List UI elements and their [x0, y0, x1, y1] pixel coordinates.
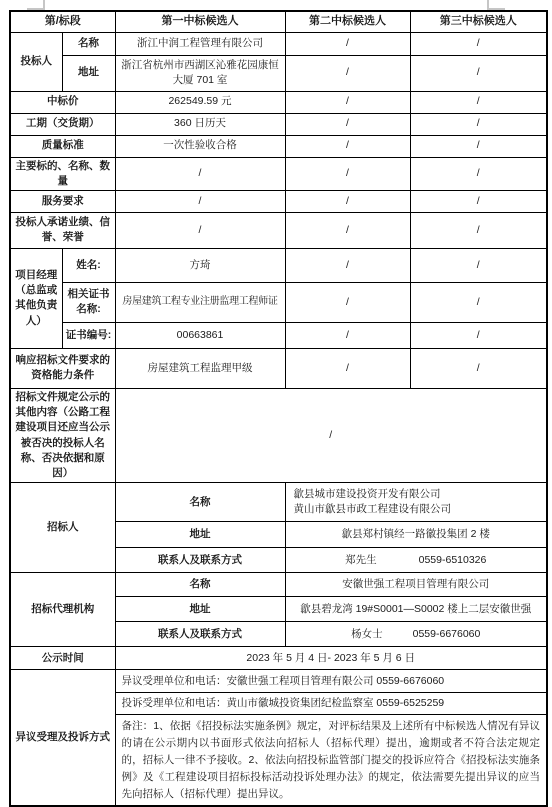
price-second-slash: /: [285, 91, 410, 113]
qualification-value: 房屋建筑工程监理甲级: [115, 348, 285, 388]
agency-contact-label: 联系人及联系方式: [115, 622, 285, 647]
other-content-value: /: [115, 388, 547, 482]
manager-group-label: 项目经理（总监或其他负责人）: [10, 248, 62, 348]
tenderee-contact-label: 联系人及联系方式: [115, 548, 285, 573]
price-third-slash: /: [410, 91, 547, 113]
header-second-candidate-label: 第二中标候选人: [309, 15, 386, 27]
duration-label: 工期（交货期）: [10, 113, 115, 135]
service-third-slash: /: [410, 190, 547, 212]
tenderee-address-label: 地址: [115, 522, 285, 548]
manager-cert-label: 相关证书名称:: [62, 282, 115, 322]
tenderee-group-label: 招标人: [10, 483, 115, 573]
manager-name-second-slash: /: [285, 248, 410, 282]
bidder-name-label: 名称: [62, 32, 115, 55]
duration-second-slash: /: [285, 113, 410, 135]
manager-cert-third-slash: /: [410, 282, 547, 322]
bidder-name-value: 浙江中润工程管理有限公司: [115, 32, 285, 55]
tenderee-contact-value: 郑先生0559-6510326: [285, 548, 547, 573]
manager-cert-second-slash: /: [285, 282, 410, 322]
manager-cert-no-third-slash: /: [410, 322, 547, 348]
bidder-address-label: 地址: [62, 55, 115, 91]
manager-cert-no-value: 00663861: [115, 322, 285, 348]
agency-contact-phone: 0559-6676060: [413, 627, 481, 642]
qualification-second-slash: /: [285, 348, 410, 388]
bidder-group-label: 投标人: [10, 32, 62, 91]
quality-third-slash: /: [410, 135, 547, 157]
tenderee-name-line2: 黄山市歙县市政工程建设有限公司: [294, 502, 544, 517]
promise-third-slash: /: [410, 212, 547, 248]
tenderee-name-label: 名称: [115, 483, 285, 522]
agency-name-value: 安徽世强工程项目管理有限公司: [285, 573, 547, 597]
agency-address-label: 地址: [115, 597, 285, 622]
tenderee-name-value: 歙县城市建设投资开发有限公司 黄山市歙县市政工程建设有限公司: [285, 483, 547, 522]
agency-contact-name: 杨女士: [351, 628, 383, 640]
tenderee-contact-phone: 0559-6510326: [419, 553, 487, 568]
page-corner-mark-left: [27, 0, 45, 10]
tenderee-address-value: 歙县郑村镇经一路徽投集团 2 楼: [285, 522, 547, 548]
header-first-candidate-label: 第一中标候选人: [162, 15, 239, 27]
objection-note-text: 备注：1、依据《招投标法实施条例》规定，对评标结果及上述所有中标候选人情况有异议…: [115, 715, 547, 807]
objection-group-label: 异议受理及投诉方式: [10, 670, 115, 807]
agency-name-label: 名称: [115, 573, 285, 597]
agency-contact-value: 杨女士0559-6676060: [285, 622, 547, 647]
subject-third-slash: /: [410, 157, 547, 190]
service-label: 服务要求: [10, 190, 115, 212]
objection-unit-line: 异议受理单位和电话：安徽世强工程项目管理有限公司 0559-6676060: [115, 670, 547, 693]
tenderee-contact-name: 郑先生: [345, 554, 377, 566]
bid-candidates-announcement-table: 第/标段 第一中标候选人 第二中标候选人 第三中标候选人 投标人 名称 浙江中润…: [9, 10, 548, 807]
subject-second-slash: /: [285, 157, 410, 190]
manager-cert-no-second-slash: /: [285, 322, 410, 348]
tenderee-name-line1: 歙县城市建设投资开发有限公司: [294, 487, 544, 502]
qualification-third-slash: /: [410, 348, 547, 388]
manager-name-third-slash: /: [410, 248, 547, 282]
bidder-name-third-slash: /: [410, 32, 547, 55]
qualification-label: 响应招标文件要求的资格能力条件: [10, 348, 115, 388]
quality-value: 一次性验收合格: [115, 135, 285, 157]
page-corner-mark-right: [487, 0, 505, 10]
bidder-address-third-slash: /: [410, 55, 547, 91]
subject-label: 主要标的、名称、数量: [10, 157, 115, 190]
price-value: 262549.59 元: [115, 91, 285, 113]
header-section-cell: 第/标段: [10, 11, 115, 32]
agency-group-label: 招标代理机构: [10, 573, 115, 647]
publicity-time-label: 公示时间: [10, 647, 115, 670]
publicity-time-value: 2023 年 5 月 4 日- 2023 年 5 月 6 日: [115, 647, 547, 670]
promise-first-slash: /: [115, 212, 285, 248]
bidder-address-second-slash: /: [285, 55, 410, 91]
manager-name-value: 方琦: [115, 248, 285, 282]
manager-name-label: 姓名:: [62, 248, 115, 282]
header-second-candidate-cell: 第二中标候选人: [285, 11, 410, 32]
agency-address-value: 歙县碧龙湾 19#S0001—S0002 楼上二层安徽世强: [285, 597, 547, 622]
header-first-candidate-cell: 第一中标候选人: [115, 11, 285, 32]
header-third-candidate-cell: 第三中标候选人: [410, 11, 547, 32]
service-first-slash: /: [115, 190, 285, 212]
service-second-slash: /: [285, 190, 410, 212]
promise-second-slash: /: [285, 212, 410, 248]
bidder-address-value: 浙江省杭州市西湖区沁雅花园康恒大厦 701 室: [115, 55, 285, 91]
quality-second-slash: /: [285, 135, 410, 157]
other-content-label: 招标文件规定公示的其他内容（公路工程建设项目还应当公示被否决的投标人名称、否决依…: [10, 388, 115, 482]
promise-label: 投标人承诺业绩、信誉、荣誉: [10, 212, 115, 248]
manager-cert-value: 房屋建筑工程专业注册监理工程师证: [115, 282, 285, 322]
header-section-label: 第/标段: [45, 15, 81, 27]
subject-first-slash: /: [115, 157, 285, 190]
bidder-name-second-slash: /: [285, 32, 410, 55]
duration-value: 360 日历天: [115, 113, 285, 135]
complaint-unit-line: 投诉受理单位和电话：黄山市徽城投资集团纪检监察室 0559-6525259: [115, 693, 547, 715]
price-label: 中标价: [10, 91, 115, 113]
quality-label: 质量标准: [10, 135, 115, 157]
manager-cert-no-label: 证书编号:: [62, 322, 115, 348]
header-third-candidate-label: 第三中标候选人: [440, 15, 517, 27]
duration-third-slash: /: [410, 113, 547, 135]
